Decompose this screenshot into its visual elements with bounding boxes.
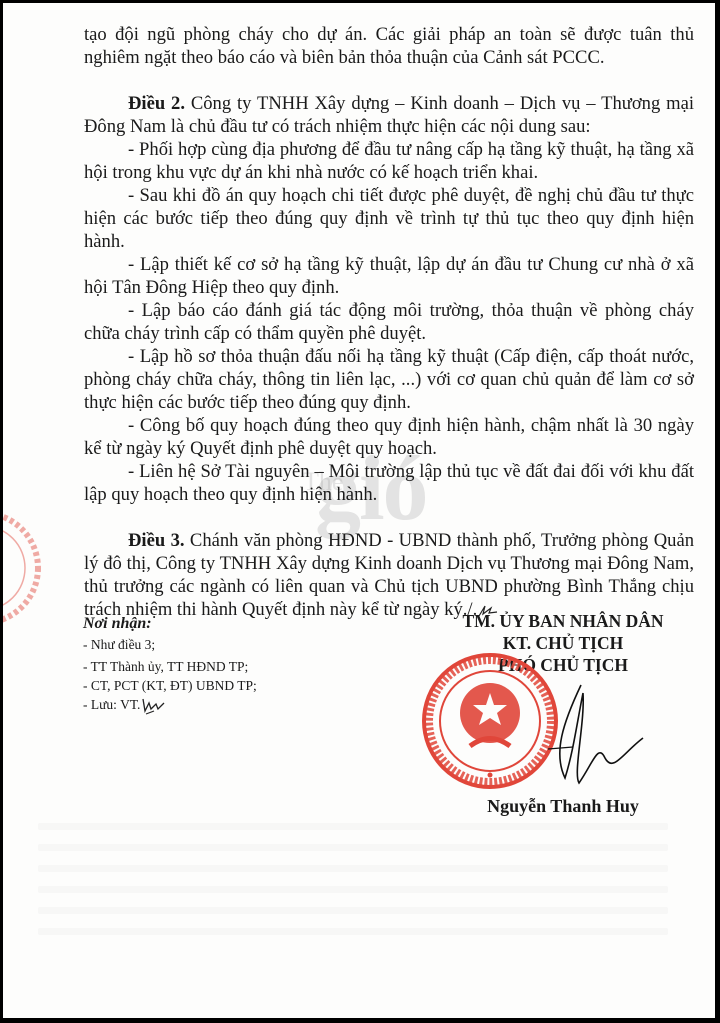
initial-mark-icon (140, 697, 170, 715)
bleed-through-text (38, 823, 668, 949)
article-2-label: Điều 2. (128, 93, 185, 114)
recipient-item: - CT, PCT (KT, ĐT) UBND TP; (83, 676, 257, 695)
article-2-item: - Lập thiết kế cơ sở hạ tầng kỹ thuật, l… (84, 253, 694, 299)
article-2-item: - Phối hợp cùng địa phương để đầu tư nân… (84, 138, 694, 184)
article-3-label: Điều 3. (128, 530, 185, 551)
partial-stamp-icon (3, 508, 53, 628)
recipient-item: - Lưu: VT. (83, 695, 257, 715)
article-2-item: - Công bố quy hoạch đúng theo quy định h… (84, 414, 694, 460)
signer-name: Nguyễn Thanh Huy (443, 796, 683, 817)
document-body: tạo đội ngũ phòng cháy cho dự án. Các gi… (84, 23, 694, 621)
article-3: Điều 3. Chánh văn phòng HĐND - UBND thàn… (84, 529, 694, 621)
continuation-paragraph: tạo đội ngũ phòng cháy cho dự án. Các gi… (84, 23, 694, 69)
article-2-item: - Liên hệ Sở Tài nguyên – Môi trường lập… (84, 460, 694, 506)
article-2-item: - Lập hồ sơ thỏa thuận đấu nối hạ tầng k… (84, 345, 694, 414)
recipients-title: Nơi nhận: (83, 614, 257, 633)
handwritten-signature-icon (543, 683, 653, 793)
recipient-item: - TT Thành ủy, TT HĐND TP; (83, 657, 257, 676)
recipient-item: - Như điều 3; (83, 635, 257, 654)
recipients-list: Nơi nhận: - Như điều 3; - TT Thành ủy, T… (83, 614, 257, 715)
article-2-intro: Điều 2. Công ty TNHH Xây dựng – Kinh doa… (84, 92, 694, 138)
article-2-item: - Lập báo cáo đánh giá tác động môi trườ… (84, 299, 694, 345)
document-page: The gió tạo đội ngũ phòng cháy cho dự án… (3, 3, 715, 1018)
official-seal-icon (420, 651, 560, 791)
article-2-item: - Sau khi đồ án quy hoạch chi tiết được … (84, 184, 694, 253)
signature-line: TM. ỦY BAN NHÂN DÂN (433, 610, 693, 632)
